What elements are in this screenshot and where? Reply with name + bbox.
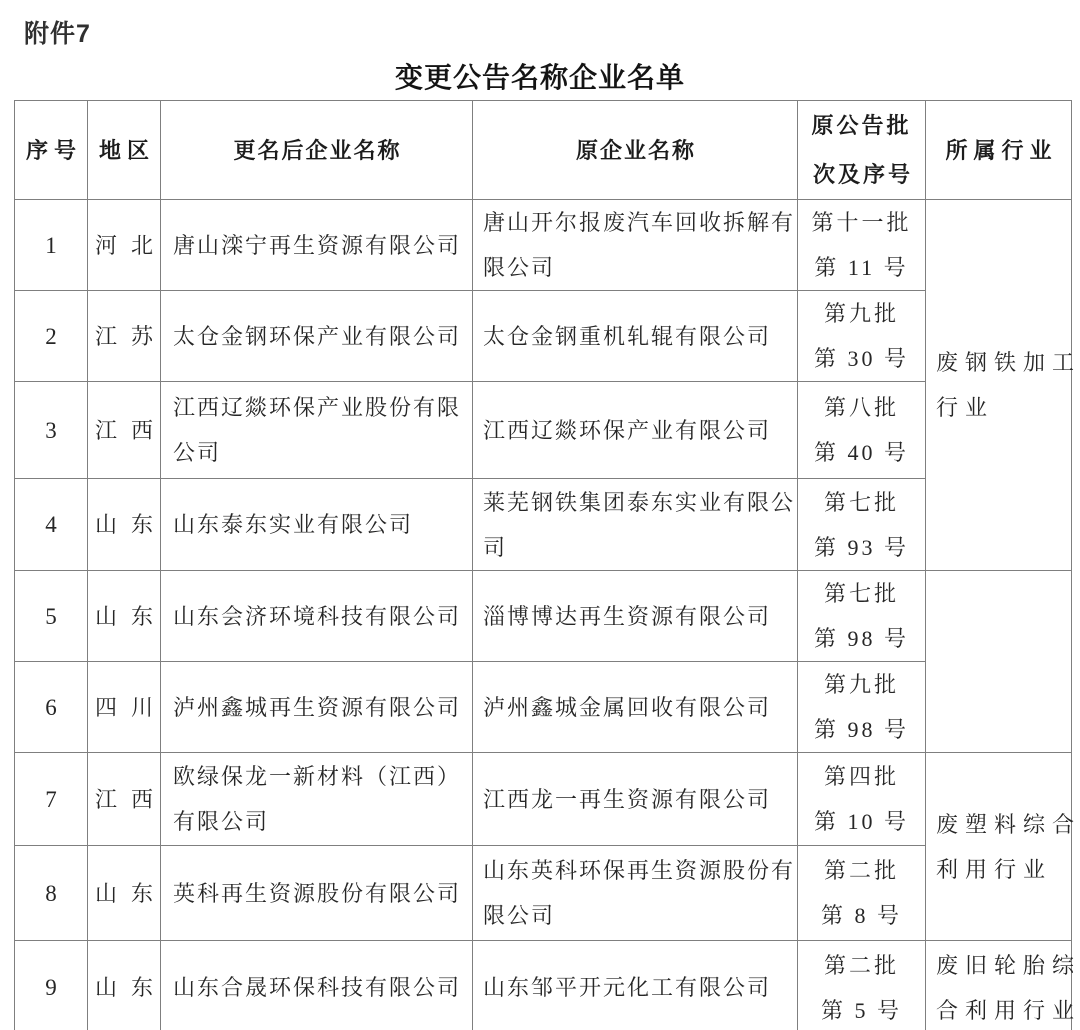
new-name-cell: 江西辽燚环保产业股份有限 公司 xyxy=(161,382,473,479)
industry-cell: 废钢铁加工 行业 xyxy=(926,200,1072,571)
table-header-row: 序号 地区 更名后企业名称 原企业名称 原公告批 次及序号 所属行业 xyxy=(15,101,1072,200)
new-name-cell: 山东会济环境科技有限公司 xyxy=(161,571,473,662)
column-header-batch: 原公告批 次及序号 xyxy=(798,101,926,200)
page-title: 变更公告名称企业名单 xyxy=(0,56,1080,96)
seq-cell: 3 xyxy=(15,382,88,479)
batch-cell: 第九批 第 30 号 xyxy=(798,291,926,382)
new-name-cell: 泸州鑫城再生资源有限公司 xyxy=(161,662,473,753)
new-name-cell: 英科再生资源股份有限公司 xyxy=(161,846,473,941)
table-row: 9 山东 山东合晟环保科技有限公司 山东邹平开元化工有限公司 第二批 第 5 号… xyxy=(15,941,1072,1030)
table-row: 8 山东 英科再生资源股份有限公司 山东英科环保再生资源股份有 限公司 第二批 … xyxy=(15,846,1072,941)
new-name-cell: 欧绿保龙一新材料（江西） 有限公司 xyxy=(161,753,473,846)
new-name-cell: 唐山滦宁再生资源有限公司 xyxy=(161,200,473,291)
batch-cell: 第九批 第 98 号 xyxy=(798,662,926,753)
old-name-cell: 江西龙一再生资源有限公司 xyxy=(473,753,798,846)
seq-cell: 8 xyxy=(15,846,88,941)
industry-cell-empty xyxy=(926,571,1072,753)
region-cell: 河北 xyxy=(88,200,161,291)
batch-cell: 第十一批 第 11 号 xyxy=(798,200,926,291)
region-cell: 山东 xyxy=(88,479,161,571)
batch-cell: 第七批 第 93 号 xyxy=(798,479,926,571)
region-cell: 山东 xyxy=(88,571,161,662)
old-name-cell: 山东英科环保再生资源股份有 限公司 xyxy=(473,846,798,941)
batch-cell: 第二批 第 5 号 xyxy=(798,941,926,1030)
table-row: 5 山东 山东会济环境科技有限公司 淄博博达再生资源有限公司 第七批 第 98 … xyxy=(15,571,1072,662)
region-cell: 江西 xyxy=(88,382,161,479)
table-row: 2 江苏 太仓金钢环保产业有限公司 太仓金钢重机轧辊有限公司 第九批 第 30 … xyxy=(15,291,1072,382)
attachment-label: 附件7 xyxy=(24,14,91,50)
region-cell: 山东 xyxy=(88,941,161,1030)
batch-cell: 第七批 第 98 号 xyxy=(798,571,926,662)
batch-cell: 第四批 第 10 号 xyxy=(798,753,926,846)
old-name-cell: 唐山开尔报废汽车回收拆解有 限公司 xyxy=(473,200,798,291)
table-row: 6 四川 泸州鑫城再生资源有限公司 泸州鑫城金属回收有限公司 第九批 第 98 … xyxy=(15,662,1072,753)
seq-cell: 2 xyxy=(15,291,88,382)
batch-cell: 第二批 第 8 号 xyxy=(798,846,926,941)
table-row: 3 江西 江西辽燚环保产业股份有限 公司 江西辽燚环保产业有限公司 第八批 第 … xyxy=(15,382,1072,479)
table-row: 4 山东 山东泰东实业有限公司 莱芜钢铁集团泰东实业有限公 司 第七批 第 93… xyxy=(15,479,1072,571)
batch-cell: 第八批 第 40 号 xyxy=(798,382,926,479)
region-cell: 四川 xyxy=(88,662,161,753)
old-name-cell: 太仓金钢重机轧辊有限公司 xyxy=(473,291,798,382)
old-name-cell: 淄博博达再生资源有限公司 xyxy=(473,571,798,662)
old-name-cell: 莱芜钢铁集团泰东实业有限公 司 xyxy=(473,479,798,571)
seq-cell: 1 xyxy=(15,200,88,291)
old-name-cell: 泸州鑫城金属回收有限公司 xyxy=(473,662,798,753)
old-name-cell: 江西辽燚环保产业有限公司 xyxy=(473,382,798,479)
seq-cell: 9 xyxy=(15,941,88,1030)
region-cell: 山东 xyxy=(88,846,161,941)
column-header-seq: 序号 xyxy=(15,101,88,200)
new-name-cell: 太仓金钢环保产业有限公司 xyxy=(161,291,473,382)
region-cell: 江西 xyxy=(88,753,161,846)
old-name-cell: 山东邹平开元化工有限公司 xyxy=(473,941,798,1030)
region-cell: 江苏 xyxy=(88,291,161,382)
seq-cell: 4 xyxy=(15,479,88,571)
column-header-region: 地区 xyxy=(88,101,161,200)
seq-cell: 5 xyxy=(15,571,88,662)
seq-cell: 7 xyxy=(15,753,88,846)
column-header-old-name: 原企业名称 xyxy=(473,101,798,200)
seq-cell: 6 xyxy=(15,662,88,753)
new-name-cell: 山东泰东实业有限公司 xyxy=(161,479,473,571)
table-row: 7 江西 欧绿保龙一新材料（江西） 有限公司 江西龙一再生资源有限公司 第四批 … xyxy=(15,753,1072,846)
companies-table: 序号 地区 更名后企业名称 原企业名称 原公告批 次及序号 所属行业 1 河北 … xyxy=(14,100,1072,1030)
industry-cell: 废旧轮胎综 合利用行业 xyxy=(926,941,1072,1030)
table-row: 1 河北 唐山滦宁再生资源有限公司 唐山开尔报废汽车回收拆解有 限公司 第十一批… xyxy=(15,200,1072,291)
column-header-new-name: 更名后企业名称 xyxy=(161,101,473,200)
new-name-cell: 山东合晟环保科技有限公司 xyxy=(161,941,473,1030)
industry-cell: 废塑料综合 利用行业 xyxy=(926,753,1072,941)
column-header-industry: 所属行业 xyxy=(926,101,1072,200)
